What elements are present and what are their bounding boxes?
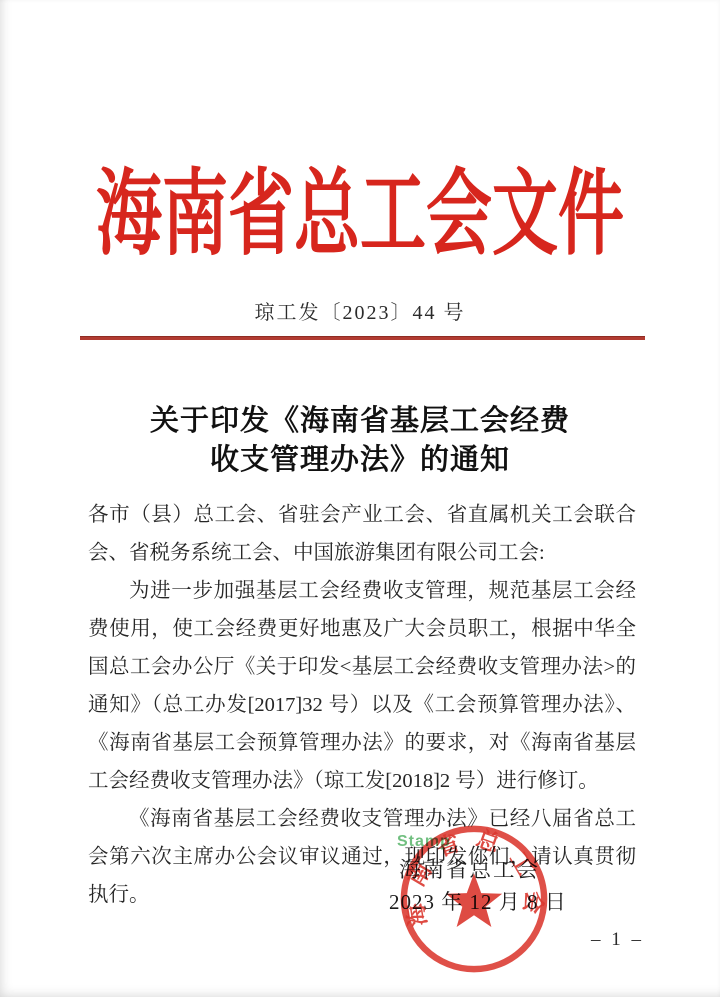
notice-title: 关于印发《海南省基层工会经费 收支管理办法》的通知 (0, 402, 720, 480)
addressee-paragraph: 各市（县）总工会、省驻会产业工会、省直属机关工会联合会、省税务系统工会、中国旅游… (88, 496, 636, 572)
notice-body: 各市（县）总工会、省驻会产业工会、省直属机关工会联合会、省税务系统工会、中国旅游… (88, 496, 636, 914)
notice-title-line1: 关于印发《海南省基层工会经费 (150, 405, 570, 437)
body-paragraph-1: 为进一步加强基层工会经费收支管理，规范基层工会经费使用，使工会经费更好地惠及广大… (88, 572, 636, 800)
red-divider-line (80, 336, 645, 340)
document-page: 海南省总工会文件 琼工发〔2023〕44 号 关于印发《海南省基层工会经费 收支… (0, 0, 720, 997)
masthead-title: 海南省总工会文件 (0, 138, 720, 273)
official-seal: 海南省总工会 (395, 820, 553, 978)
page-number: – 1 – (591, 929, 644, 951)
notice-title-line2: 收支管理办法》的通知 (210, 444, 510, 476)
doc-reference-number: 琼工发〔2023〕44 号 (0, 296, 720, 325)
seal-star-icon (446, 873, 502, 927)
